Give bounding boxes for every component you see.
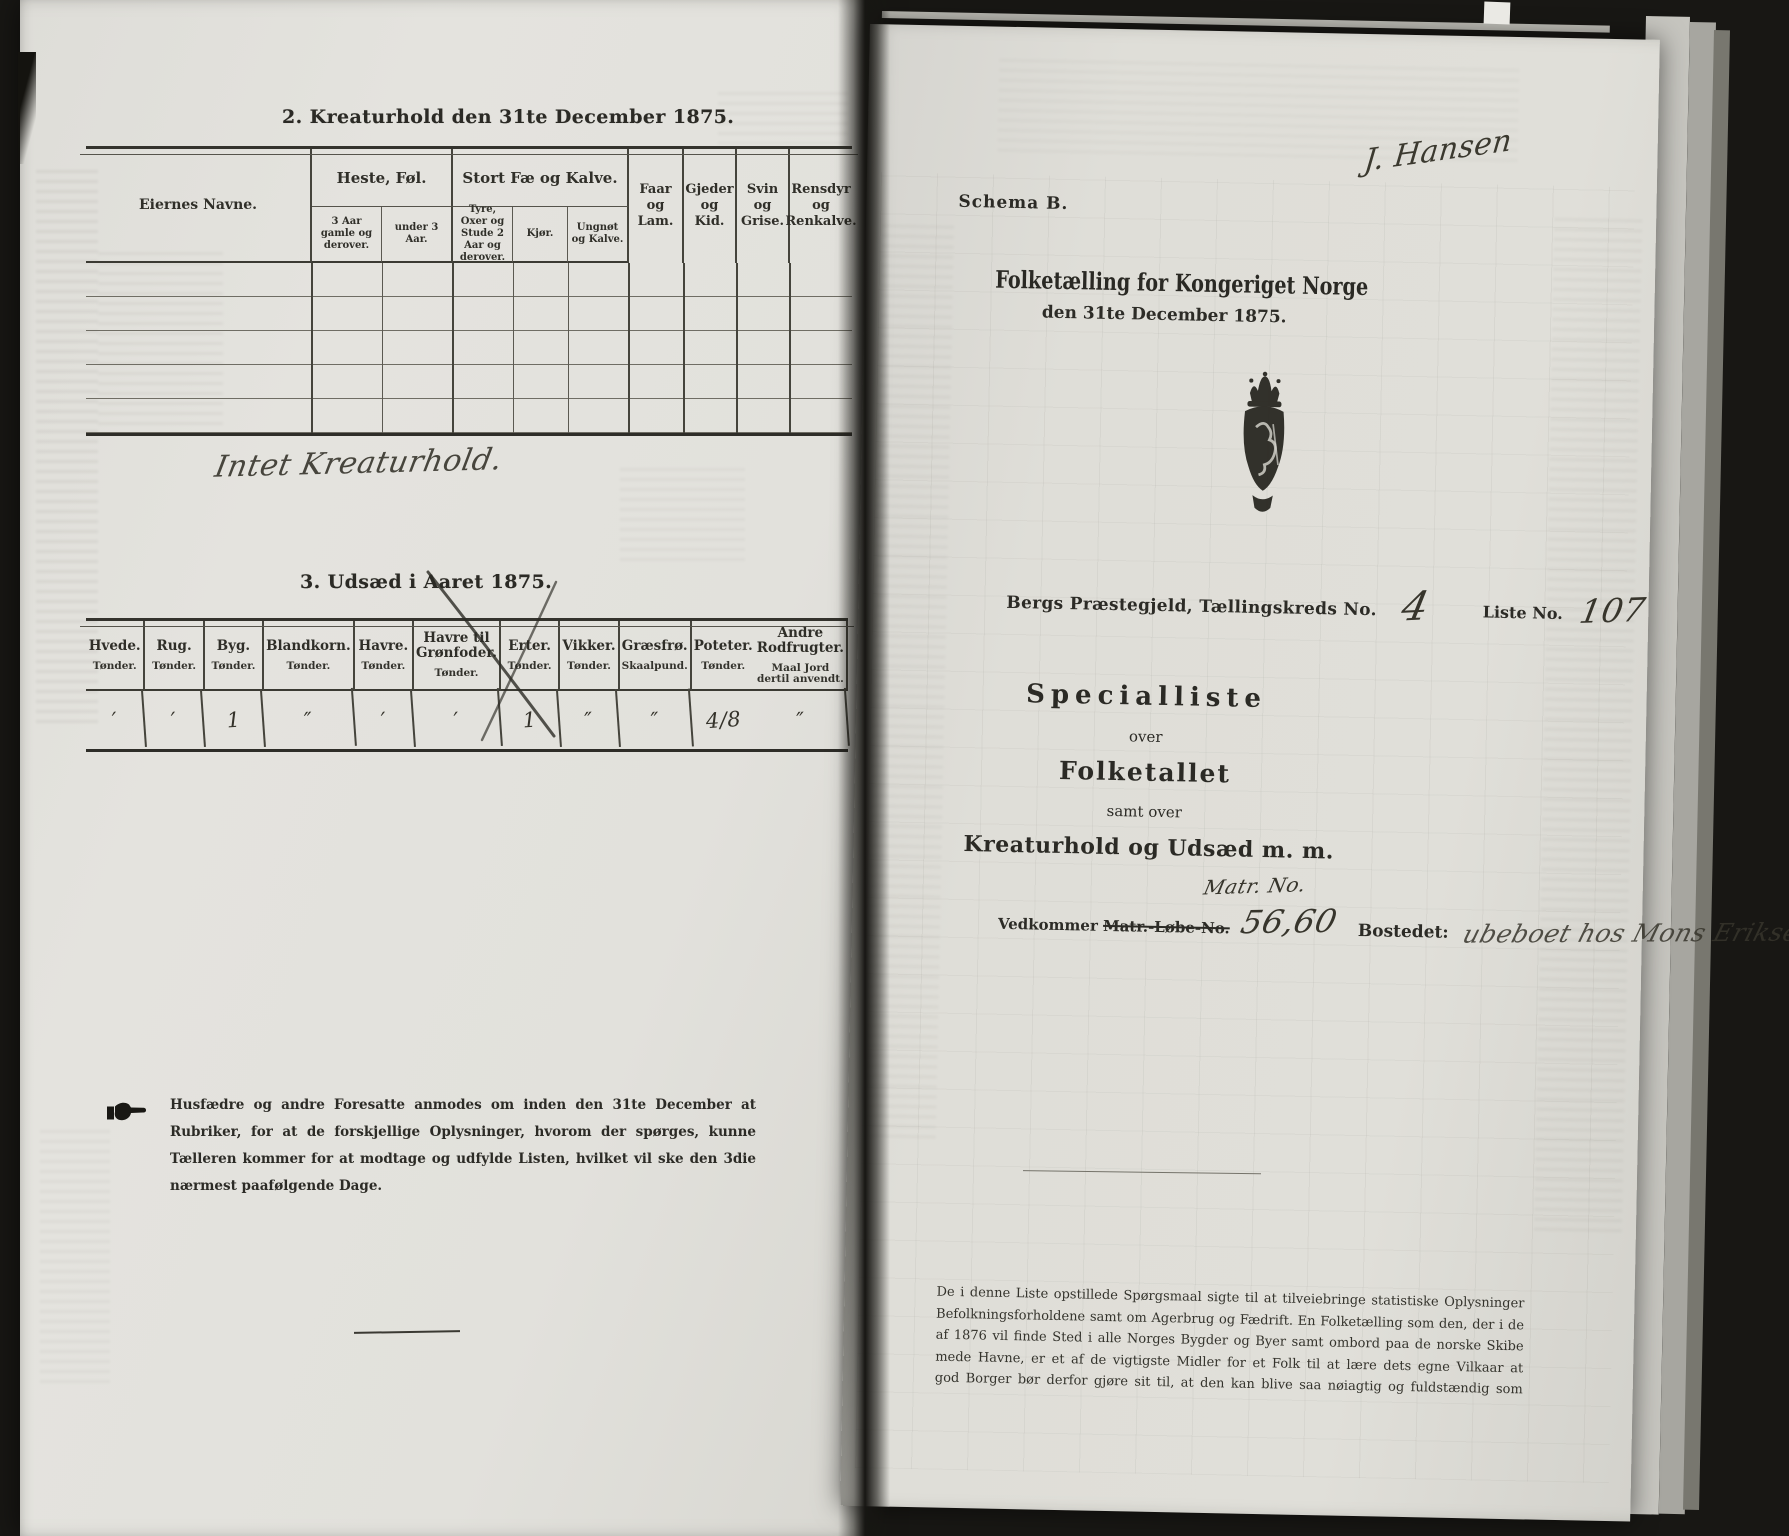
col-header-owner: Eiernes Navne. <box>86 149 312 263</box>
crop-handwritten-value: ″ <box>753 688 850 752</box>
notice-text: Husfædre og andre Foresatte anmodes om i… <box>170 1092 756 1200</box>
form-subtitle: den 31te December 1875. <box>952 301 1376 330</box>
bleed-through <box>1534 218 1642 1240</box>
table2-title: 2. Kreaturhold den 31te December 1875. <box>282 106 734 128</box>
crop-column-header: Erter. Tønder. <box>501 621 560 691</box>
crop-unit: Tønder. <box>211 661 255 672</box>
col-header-pigs: Svin og Grise. <box>737 149 790 263</box>
form-title-block: Folketælling for Kongeriget Norge den 31… <box>952 264 1377 329</box>
crops-table: Hvede. Tønder. Rug. Tønder. Byg. Tønder. <box>86 618 848 752</box>
subcol-calves: Ungnøt og Kalve. <box>568 207 629 263</box>
crop-handwritten-value: ″ <box>558 689 621 751</box>
bleed-through <box>718 92 848 144</box>
crop-unit: Tønder. <box>152 661 196 672</box>
bostedet-label: Bostedet: <box>1358 921 1449 943</box>
crop-unit: Tønder. <box>361 661 405 672</box>
instruction-paragraph: De i denne Liste opstillede Spørgsmaal s… <box>935 1282 1525 1401</box>
handwritten-matr-number: 56,60 <box>1237 902 1341 941</box>
notice-block: Husfædre og andre Foresatte anmodes om i… <box>106 1092 756 1200</box>
livestock-table-empty-rows <box>86 263 852 433</box>
crop-label: Rug. <box>156 639 191 654</box>
crop-handwritten-value: ′ <box>353 689 416 751</box>
samt-over-label: samt over <box>964 799 1324 824</box>
page-corner-shadow <box>18 52 36 164</box>
schema-label: Schema B. <box>958 192 1068 214</box>
short-rule <box>354 1330 460 1334</box>
handwritten-bosted: ubeboet hos Mons Eriksen <box>1459 918 1789 949</box>
form-title: Folketælling for Kongeriget Norge <box>995 265 1335 301</box>
handwritten-liste-number: 107 <box>1577 590 1649 631</box>
crop-label: Byg. <box>217 639 250 654</box>
crop-unit: Tønder. <box>435 668 479 679</box>
crop-column-header: Byg. Tønder. <box>205 621 264 691</box>
vedkommer-label: Vedkommer Matr.-Løbe-No. <box>998 915 1230 938</box>
bleed-through <box>620 468 745 563</box>
subcol-horses-old: 3 Aar gamle og derover. <box>312 207 382 263</box>
crop-label: Andre Rodfrugter. <box>757 626 844 656</box>
crop-column-header: Blandkorn. Tønder. <box>264 621 355 691</box>
norwegian-lion-crest-icon <box>1228 369 1299 530</box>
crop-handwritten-value: 4/8 <box>690 689 757 751</box>
crop-handwritten-value: ′ <box>412 688 503 752</box>
crop-unit: Tønder. <box>508 661 552 672</box>
crop-label: Græsfrø. <box>622 639 688 654</box>
crop-handwritten-value: 1 <box>203 689 266 751</box>
crop-handwritten-value: ″ <box>618 689 694 752</box>
crop-column-header: Poteter. Tønder. <box>692 621 755 691</box>
crop-handwritten-value: ′ <box>143 689 206 751</box>
crop-column-header: Havre. Tønder. <box>355 621 414 691</box>
liste-no-label: Liste No. <box>1483 602 1563 623</box>
handwritten-district-number: 4 <box>1398 584 1434 631</box>
crop-label: Hvede. <box>89 639 141 654</box>
subcol-horses-young: under 3 Aar. <box>382 207 453 263</box>
crop-label: Vikker. <box>562 639 615 654</box>
handwritten-correction: Matr. No. <box>1202 872 1309 899</box>
crop-unit: Tønder. <box>286 661 330 672</box>
table3-title: 3. Udsæd i Aaret 1875. <box>300 571 552 593</box>
col-header-sheep: Faar og Lam. <box>629 149 684 263</box>
paper-notch <box>1484 2 1511 25</box>
crop-label: Havre til Grønfoder. <box>416 631 497 661</box>
special-list-heading-block: Specialliste over Folketallet samt over … <box>963 678 1327 864</box>
crop-unit: Tønder. <box>93 661 137 672</box>
reference-line: Matr. No. Vedkommer Matr.-Løbe-No. 56,60… <box>998 899 1619 949</box>
specialliste-heading: Specialliste <box>966 678 1327 715</box>
vedkommer-word: Vedkommer <box>998 915 1098 935</box>
handwritten-no-livestock: Intet Kreaturhold. <box>212 442 505 484</box>
struck-matr-lobe-no: Matr.-Løbe-No. <box>1103 917 1230 938</box>
crop-column-header: Havre til Grønfoder. Tønder. <box>414 621 501 691</box>
crop-unit: Maal Jord dertil anvendt. <box>757 663 844 685</box>
col-group-cattle: Stort Fæ og Kalve. <box>453 149 629 207</box>
crop-column-header: Andre Rodfrugter. Maal Jord dertil anven… <box>755 621 848 691</box>
over-label: over <box>966 724 1326 749</box>
crop-label: Havre. <box>358 639 408 654</box>
crop-column-header: Hvede. Tønder. <box>86 621 145 691</box>
district-printed-label: Bergs Præstegjeld, Tællingskreds No. <box>1006 593 1377 620</box>
crop-handwritten-value: ″ <box>262 688 356 752</box>
crop-handwritten-value: ′ <box>84 689 147 751</box>
crop-column-header: Rug. Tønder. <box>145 621 204 691</box>
crop-unit: Tønder. <box>567 661 611 672</box>
crop-label: Blandkorn. <box>266 639 351 654</box>
crop-unit: Skaalpund. <box>622 661 688 672</box>
subcol-bulls: Tyre, Oxer og Stude 2 Aar og derover. <box>453 207 513 263</box>
kreaturhold-heading: Kreaturhold og Udsæd m. m. <box>963 831 1323 864</box>
col-header-reindeer: Rensdyr og Renkalve. <box>790 149 852 263</box>
bleed-through <box>864 224 954 1145</box>
crop-handwritten-value: 1 <box>499 689 562 751</box>
notice-line: nærmest paafølgende Dage. <box>170 1173 756 1200</box>
notice-line: Tælleren kommer for at modtage og udfyld… <box>170 1146 756 1173</box>
left-page: 2. Kreaturhold den 31te December 1875. E… <box>20 0 865 1536</box>
crop-column-header: Græsfrø. Skaalpund. <box>620 621 692 691</box>
handwritten-signature: J. Hansen <box>1362 123 1514 179</box>
center-rule <box>1023 1170 1261 1174</box>
col-group-horses: Heste, Føl. <box>312 149 453 207</box>
crop-unit: Tønder. <box>701 661 745 672</box>
col-header-goats: Gjeder og Kid. <box>684 149 737 263</box>
crop-label: Poteter. <box>694 639 753 654</box>
bleed-through <box>40 1130 110 1390</box>
district-line: Bergs Præstegjeld, Tællingskreds No. 4 L… <box>1006 572 1607 630</box>
notice-line: Rubriker, for at de forskjellige Oplysni… <box>170 1119 756 1146</box>
crop-label: Erter. <box>508 639 551 654</box>
crop-column-header: Vikker. Tønder. <box>560 621 619 691</box>
subcol-cows: Kjør. <box>513 207 568 263</box>
pointing-hand-icon <box>106 1100 150 1125</box>
notice-line: Husfædre og andre Foresatte anmodes om i… <box>170 1092 756 1119</box>
census-book-scan: 2. Kreaturhold den 31te December 1875. E… <box>0 0 1789 1536</box>
right-page: Schema B. J. Hansen Folketælling for Kon… <box>840 24 1660 1522</box>
livestock-table: Eiernes Navne. Heste, Føl. Stort Fæ og K… <box>86 146 852 436</box>
folketallet-heading: Folketallet <box>965 754 1326 790</box>
